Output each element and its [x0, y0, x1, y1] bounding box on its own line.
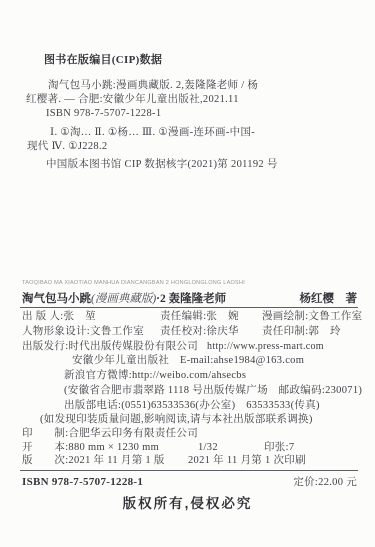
- price: 定价:22.00 元: [293, 478, 357, 489]
- copyright-page: 图书在版编目(CIP)数据 淘气包马小跳:漫画典藏版. 2,轰隆隆老师 / 杨 …: [0, 0, 375, 547]
- copyright-notice: 版权所有,侵权必究: [0, 492, 375, 512]
- title-row: 淘气包马小跳(漫画典藏版)·2 轰隆隆老师 杨红樱 著: [22, 290, 357, 306]
- author-name: 杨红樱 著: [300, 290, 358, 306]
- cip-heading: 图书在版编目(CIP)数据: [44, 55, 162, 66]
- responsible-editor: 责任编辑:张 婉: [160, 312, 239, 323]
- press-email-line: 安徽少年儿童出版社 E-mail:ahse1984@163.com: [72, 356, 304, 367]
- divider-under-title: [20, 307, 358, 308]
- cip-classification-line1: Ⅰ. ①淘… Ⅱ. ①杨… Ⅲ. ①漫画-连环画-中国-: [50, 128, 255, 139]
- printed-sheets: 印张:7: [264, 443, 294, 454]
- printer-line: 印 制:合肥华云印务有限责任公司: [22, 429, 198, 440]
- cip-record-number: 中国版本图书馆 CIP 数据核字(2021)第 201192 号: [46, 160, 278, 171]
- publisher-url: http://www.press-mart.com: [207, 341, 324, 352]
- cip-classification-line2: 现代 Ⅳ. ①J228.2: [27, 142, 107, 153]
- phone-line: 出版部电话:(0551)63533536(办公室) 63533533(传真): [64, 401, 320, 412]
- format-fraction: 1/32: [198, 443, 218, 454]
- proofreader: 责任校对:徐庆华: [160, 327, 239, 338]
- format-label: 开 本:880 mm × 1230 mm: [22, 443, 159, 454]
- comic-illustration: 漫画绘制:文鲁工作室: [262, 312, 362, 323]
- character-design: 人物形象设计:文鲁工作室: [22, 327, 144, 338]
- book-title: 淘气包马小跳(漫画典藏版)·2 轰隆隆老师: [22, 290, 226, 306]
- book-title-edition: (漫画典藏版): [91, 293, 156, 305]
- edition-printing: 2021 年 11 月第 1 次印刷: [188, 456, 306, 467]
- publisher-line: 出版发行:时代出版传媒股份有限公司http://www.press-mart.c…: [22, 342, 324, 353]
- address-line: (安徽省合肥市翡翠路 1118 号出版传媒广场 邮政编码:230071): [64, 386, 362, 397]
- cip-entry-line2: 红樱著. — 合肥:安徽少年儿童出版社,2021.11: [26, 95, 239, 106]
- cip-isbn: ISBN 978-7-5707-1228-1: [46, 109, 161, 120]
- isbn-bottom: ISBN 978-7-5707-1228-1: [22, 477, 143, 488]
- cip-entry-line1: 淘气包马小跳:漫画典藏版. 2,轰隆隆老师 / 杨: [48, 81, 258, 92]
- edition-label: 版 次:2021 年 11 月第 1 版: [22, 456, 165, 467]
- print-supervisor: 责任印制:郭 玲: [262, 327, 341, 338]
- weibo-line: 新浪官方微博:http://weibo.com/ahsecbs: [64, 371, 246, 382]
- quality-notice-line: (如发现印装质量问题,影响阅读,请与本社出版部联系调换): [40, 415, 313, 426]
- divider-above-isbn: [20, 470, 358, 471]
- title-pinyin: TAOQIBAO MA XIAOTIAO MANHUA DIANCANGBAN …: [22, 281, 245, 287]
- publisher-person: 出 版 人:张 堃: [22, 312, 96, 323]
